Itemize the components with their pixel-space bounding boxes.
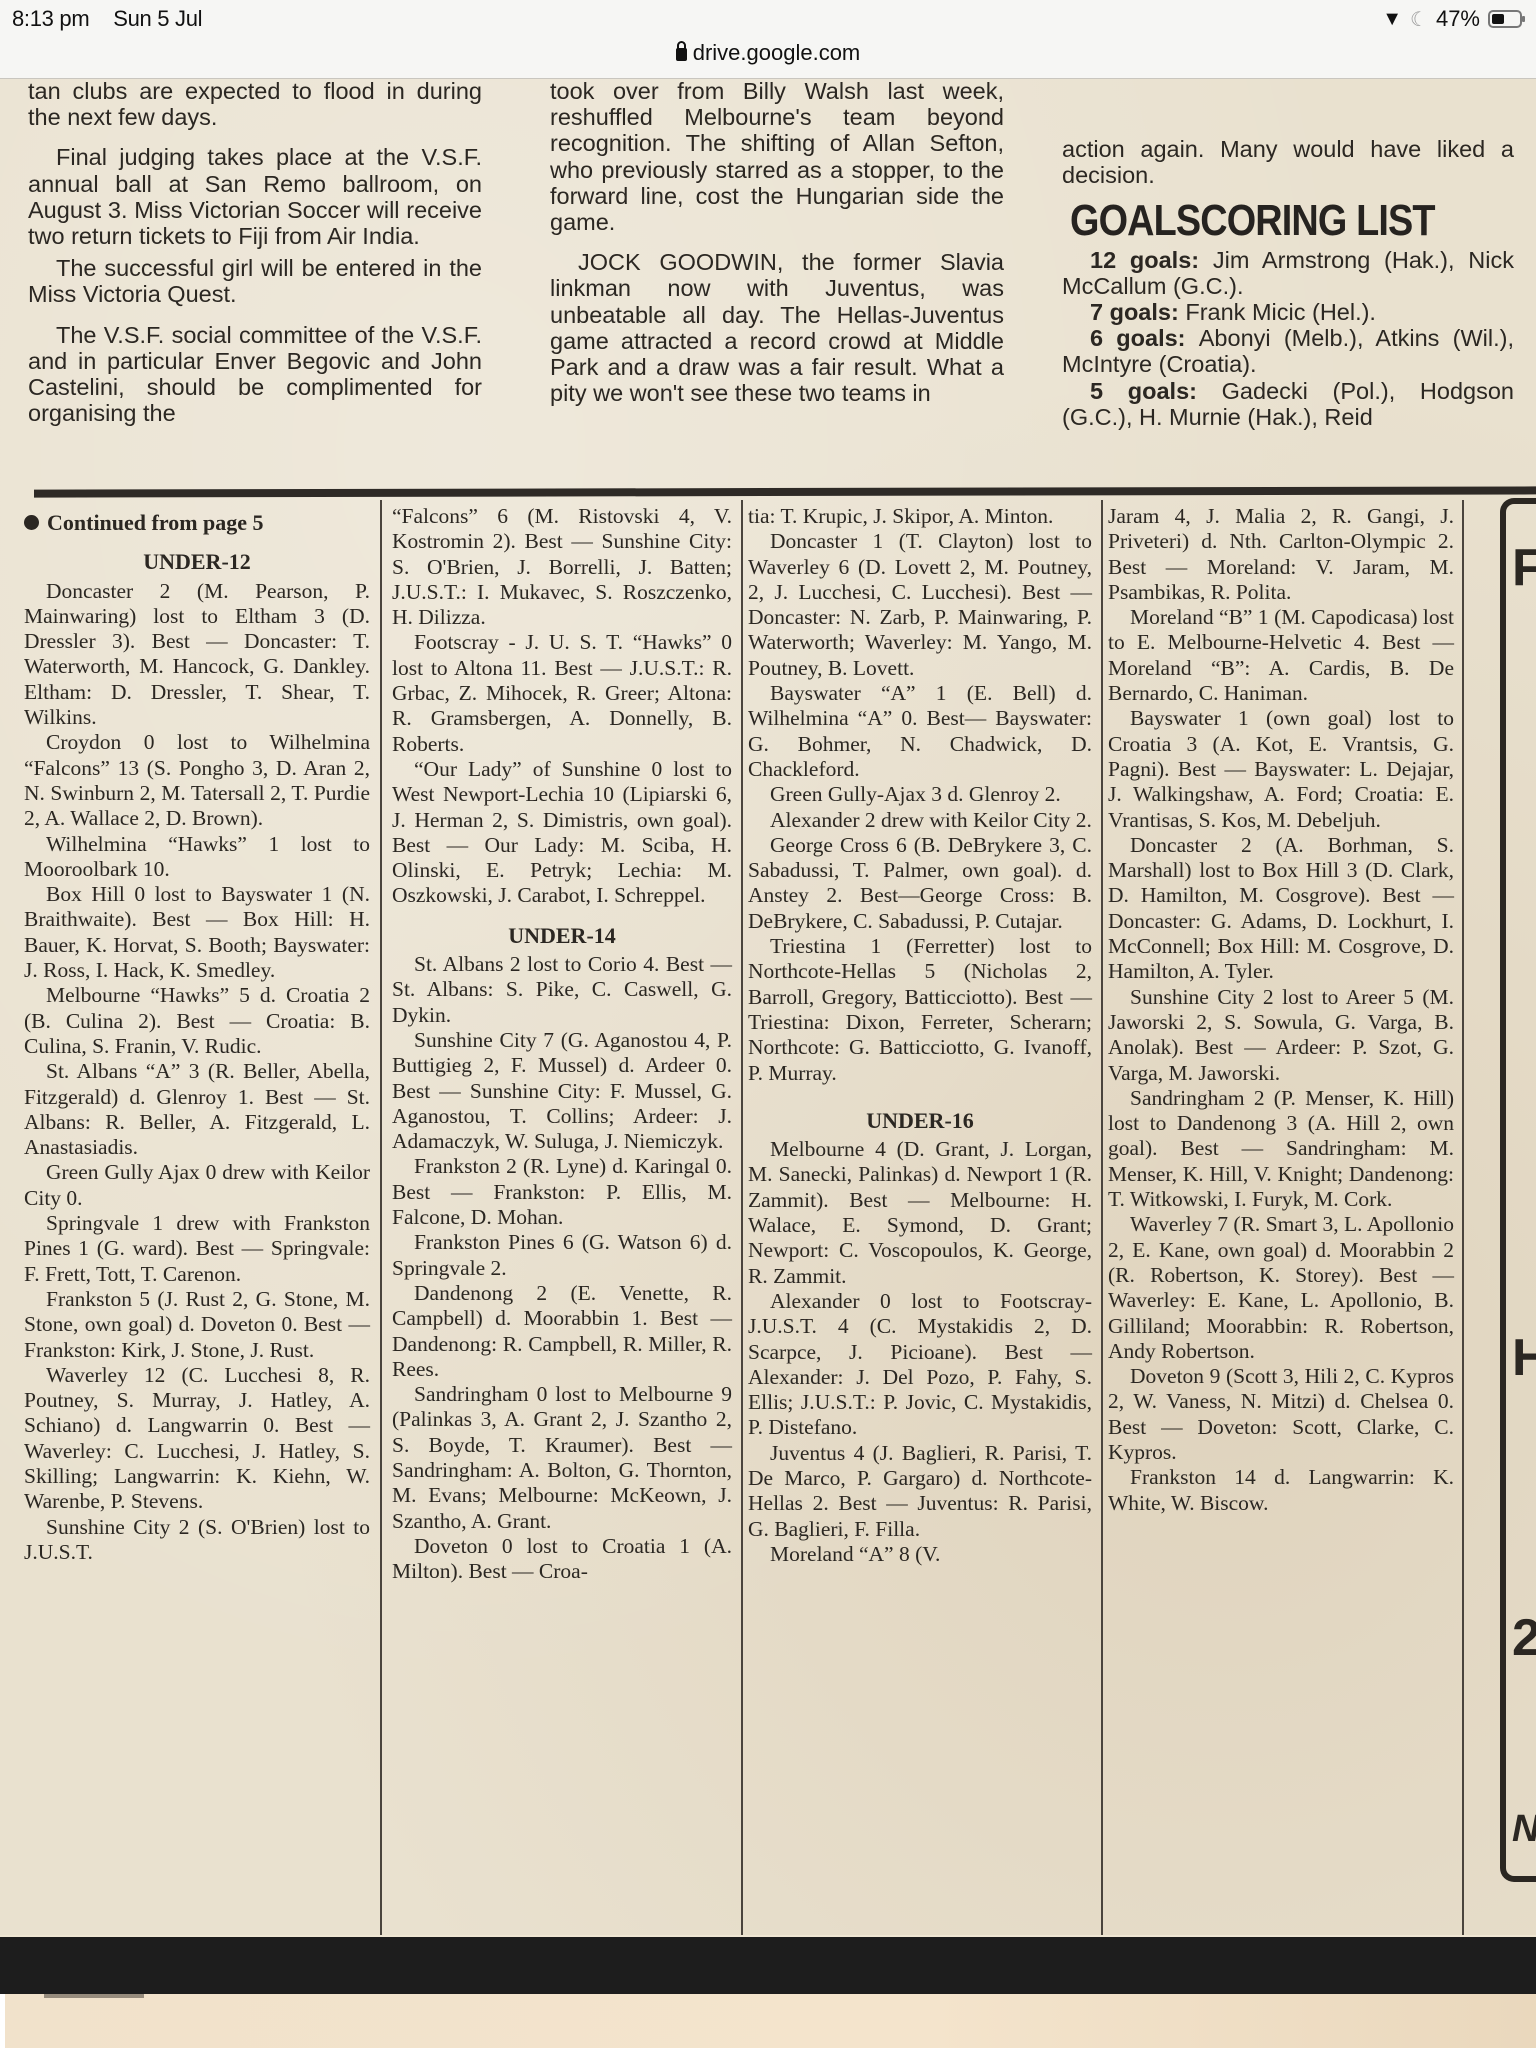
wifi-icon: ▼ [1382, 8, 1402, 31]
match-result: Wilhelmina “Hawks” 1 lost to Mooroolbark… [24, 832, 370, 883]
match-result: Bayswater 1 (own goal) lost to Croatia 3… [1108, 706, 1454, 832]
match-result: Juventus 4 (J. Baglieri, R. Parisi, T. D… [748, 1441, 1092, 1542]
match-result: St. Albans 2 lost to Corio 4. Best — St.… [392, 952, 732, 1028]
results-list: “Falcons” 6 (M. Ristovski 4, V. Kostromi… [392, 504, 732, 909]
article-column-2: took over from Billy Walsh last week, re… [550, 78, 1004, 406]
next-page-scan [0, 1994, 1536, 2048]
match-result: Sandringham 0 lost to Melbourne 9 (Palin… [392, 1382, 732, 1534]
newspaper-scan: tan clubs are expected to flood in durin… [0, 78, 1536, 1935]
match-result: Dandenong 2 (E. Venette, R. Campbell) d.… [392, 1281, 732, 1382]
match-result: Doveton 9 (Scott 3, Hili 2, C. Kypros 2,… [1108, 1364, 1454, 1465]
url-bar[interactable]: drive.google.com [0, 40, 1536, 66]
match-result: Jaram 4, J. Malia 2, R. Gangi, J. Privet… [1108, 504, 1454, 605]
url-text[interactable]: drive.google.com [693, 40, 861, 65]
article-paragraph: Final judging takes place at the V.S.F. … [28, 144, 482, 249]
match-result: Doncaster 2 (M. Pearson, P. Mainwaring) … [24, 579, 370, 731]
match-result: Doncaster 2 (A. Borhman, S. Marshall) lo… [1108, 833, 1454, 985]
match-result: Croydon 0 lost to Wilhelmina “Falcons” 1… [24, 730, 370, 831]
goal-count: 6 goals: [1090, 325, 1199, 351]
article-paragraph: tan clubs are expected to flood in durin… [28, 78, 482, 130]
results-list: tia: T. Krupic, J. Skipor, A. Minton.Don… [748, 504, 1092, 1086]
match-result: Box Hill 0 lost to Bayswater 1 (N. Brait… [24, 882, 370, 983]
match-result: Doveton 0 lost to Croatia 1 (A. Milton).… [392, 1534, 732, 1585]
column-rule [1101, 500, 1103, 1935]
match-result: Doncaster 1 (T. Clayton) lost to Waverle… [748, 529, 1092, 681]
results-list: St. Albans 2 lost to Corio 4. Best — St.… [392, 952, 732, 1584]
status-bar-left: 8:13 pm Sun 5 Jul [12, 6, 220, 32]
do-not-disturb-moon-icon: ☾ [1410, 7, 1428, 32]
section-heading-under-12: UNDER-12 [24, 549, 370, 574]
match-result: Frankston 5 (J. Rust 2, G. Stone, M. Sto… [24, 1287, 370, 1363]
match-result: Sandringham 2 (P. Menser, K. Hill) lost … [1108, 1086, 1454, 1212]
section-heading-under-16: UNDER-16 [748, 1108, 1092, 1133]
match-result: Melbourne 4 (D. Grant, J. Lorgan, M. San… [748, 1137, 1092, 1289]
ad-letter: 2 [1512, 1608, 1536, 1668]
ad-letter: N [1512, 1808, 1536, 1851]
section-heading-under-14: UNDER-14 [392, 923, 732, 948]
match-result: Waverley 7 (R. Smart 3, L. Apollonio 2, … [1108, 1212, 1454, 1364]
results-column-3: tia: T. Krupic, J. Skipor, A. Minton.Don… [748, 504, 1092, 1567]
match-result: Moreland “A” 8 (V. [748, 1542, 1092, 1567]
column-rule [380, 500, 382, 1935]
goalscoring-list: 12 goals: Jim Armstrong (Hak.), Nick McC… [1062, 247, 1514, 430]
page-gap-band [0, 1937, 1536, 1994]
match-result: Frankston 2 (R. Lyne) d. Karingal 0. Bes… [392, 1154, 732, 1230]
match-result: Springvale 1 drew with Frankston Pines 1… [24, 1211, 370, 1287]
match-result: Melbourne “Hawks” 5 d. Croatia 2 (B. Cul… [24, 983, 370, 1059]
battery-percent: 47% [1436, 6, 1480, 32]
battery-icon [1488, 10, 1522, 28]
goal-count: 7 goals: [1090, 299, 1185, 325]
article-paragraph: The V.S.F. social committee of the V.S.F… [28, 322, 482, 427]
results-column-4: Jaram 4, J. Malia 2, R. Gangi, J. Privet… [1108, 504, 1454, 1516]
match-result: “Our Lady” of Sunshine 0 lost to West Ne… [392, 757, 732, 909]
match-result: St. Albans “A” 3 (R. Beller, Abella, Fit… [24, 1059, 370, 1160]
goalscoring-entry: 5 goals: Gadecki (Pol.), Hodgson (G.C.),… [1062, 378, 1514, 430]
match-result: Frankston 14 d. Langwarrin: K. White, W.… [1108, 1465, 1454, 1516]
match-result: tia: T. Krupic, J. Skipor, A. Minton. [748, 504, 1092, 529]
article-paragraph: JOCK GOODWIN, the former Slavia linkman … [550, 249, 1004, 406]
bullet-icon [24, 515, 39, 530]
article-paragraph: took over from Billy Walsh last week, re… [550, 78, 1004, 235]
lock-icon [676, 48, 687, 61]
section-divider [34, 486, 1536, 497]
goalscoring-entry: 12 goals: Jim Armstrong (Hak.), Nick McC… [1062, 247, 1514, 299]
status-bar-right: ▼ ☾ 47% [1382, 6, 1522, 32]
match-result: Green Gully-Ajax 3 d. Glenroy 2. [748, 782, 1092, 807]
match-result: Sunshine City 7 (G. Aganostou 4, P. Butt… [392, 1028, 732, 1154]
match-result: Frankston Pines 6 (G. Watson 6) d. Sprin… [392, 1230, 732, 1281]
article-column-1: tan clubs are expected to flood in durin… [28, 78, 482, 426]
continued-note: Continued from page 5 [24, 510, 370, 535]
results-list: Doncaster 2 (M. Pearson, P. Mainwaring) … [24, 579, 370, 1566]
column-rule [1462, 500, 1464, 1935]
goalscoring-title: GOALSCORING LIST [1070, 208, 1452, 234]
goal-scorers: Frank Micic (Hel.). [1185, 299, 1376, 325]
advertisement-fragment [1500, 498, 1536, 1882]
status-time: 8:13 pm [12, 6, 89, 31]
goalscoring-entry: 6 goals: Abonyi (Melb.), Atkins (Wil.), … [1062, 325, 1514, 377]
article-paragraph: action again. Many would have liked a de… [1062, 136, 1514, 188]
article-column-3: action again. Many would have liked a de… [1062, 136, 1514, 430]
match-result: Alexander 2 drew with Keilor City 2. [748, 808, 1092, 833]
results-list: Melbourne 4 (D. Grant, J. Lorgan, M. San… [748, 1137, 1092, 1567]
results-list: Jaram 4, J. Malia 2, R. Gangi, J. Privet… [1108, 504, 1454, 1516]
results-column-1: Continued from page 5 UNDER-12 Doncaster… [24, 504, 370, 1565]
ad-letter: H [1512, 1328, 1536, 1388]
match-result: Bayswater “A” 1 (E. Bell) d. Wilhelmina … [748, 681, 1092, 782]
match-result: Waverley 12 (C. Lucchesi 8, R. Poutney, … [24, 1363, 370, 1515]
goalscoring-entry: 7 goals: Frank Micic (Hel.). [1062, 299, 1514, 325]
browser-chrome: 8:13 pm Sun 5 Jul ▼ ☾ 47% drive.google.c… [0, 0, 1536, 79]
match-result: George Cross 6 (B. DeBrykere 3, C. Sabad… [748, 833, 1092, 934]
results-column-2: “Falcons” 6 (M. Ristovski 4, V. Kostromi… [392, 504, 732, 1584]
ad-letter: F [1512, 538, 1536, 598]
match-result: Footscray - J. U. S. T. “Hawks” 0 lost t… [392, 630, 732, 756]
goal-count: 5 goals: [1090, 378, 1222, 404]
match-result: Alexander 0 lost to Footscray-J.U.S.T. 4… [748, 1289, 1092, 1441]
column-rule [741, 500, 743, 1935]
match-result: Moreland “B” 1 (M. Capodicasa) lost to E… [1108, 605, 1454, 706]
match-result: Sunshine City 2 lost to Areer 5 (M. Jawo… [1108, 985, 1454, 1086]
article-paragraph: The successful girl will be entered in t… [28, 255, 482, 307]
match-result: Green Gully Ajax 0 drew with Keilor City… [24, 1160, 370, 1211]
match-result: Sunshine City 2 (S. O'Brien) lost to J.U… [24, 1515, 370, 1566]
goal-count: 12 goals: [1090, 247, 1213, 273]
status-date: Sun 5 Jul [113, 6, 202, 31]
match-result: “Falcons” 6 (M. Ristovski 4, V. Kostromi… [392, 504, 732, 630]
match-result: Triestina 1 (Ferretter) lost to Northcot… [748, 934, 1092, 1086]
